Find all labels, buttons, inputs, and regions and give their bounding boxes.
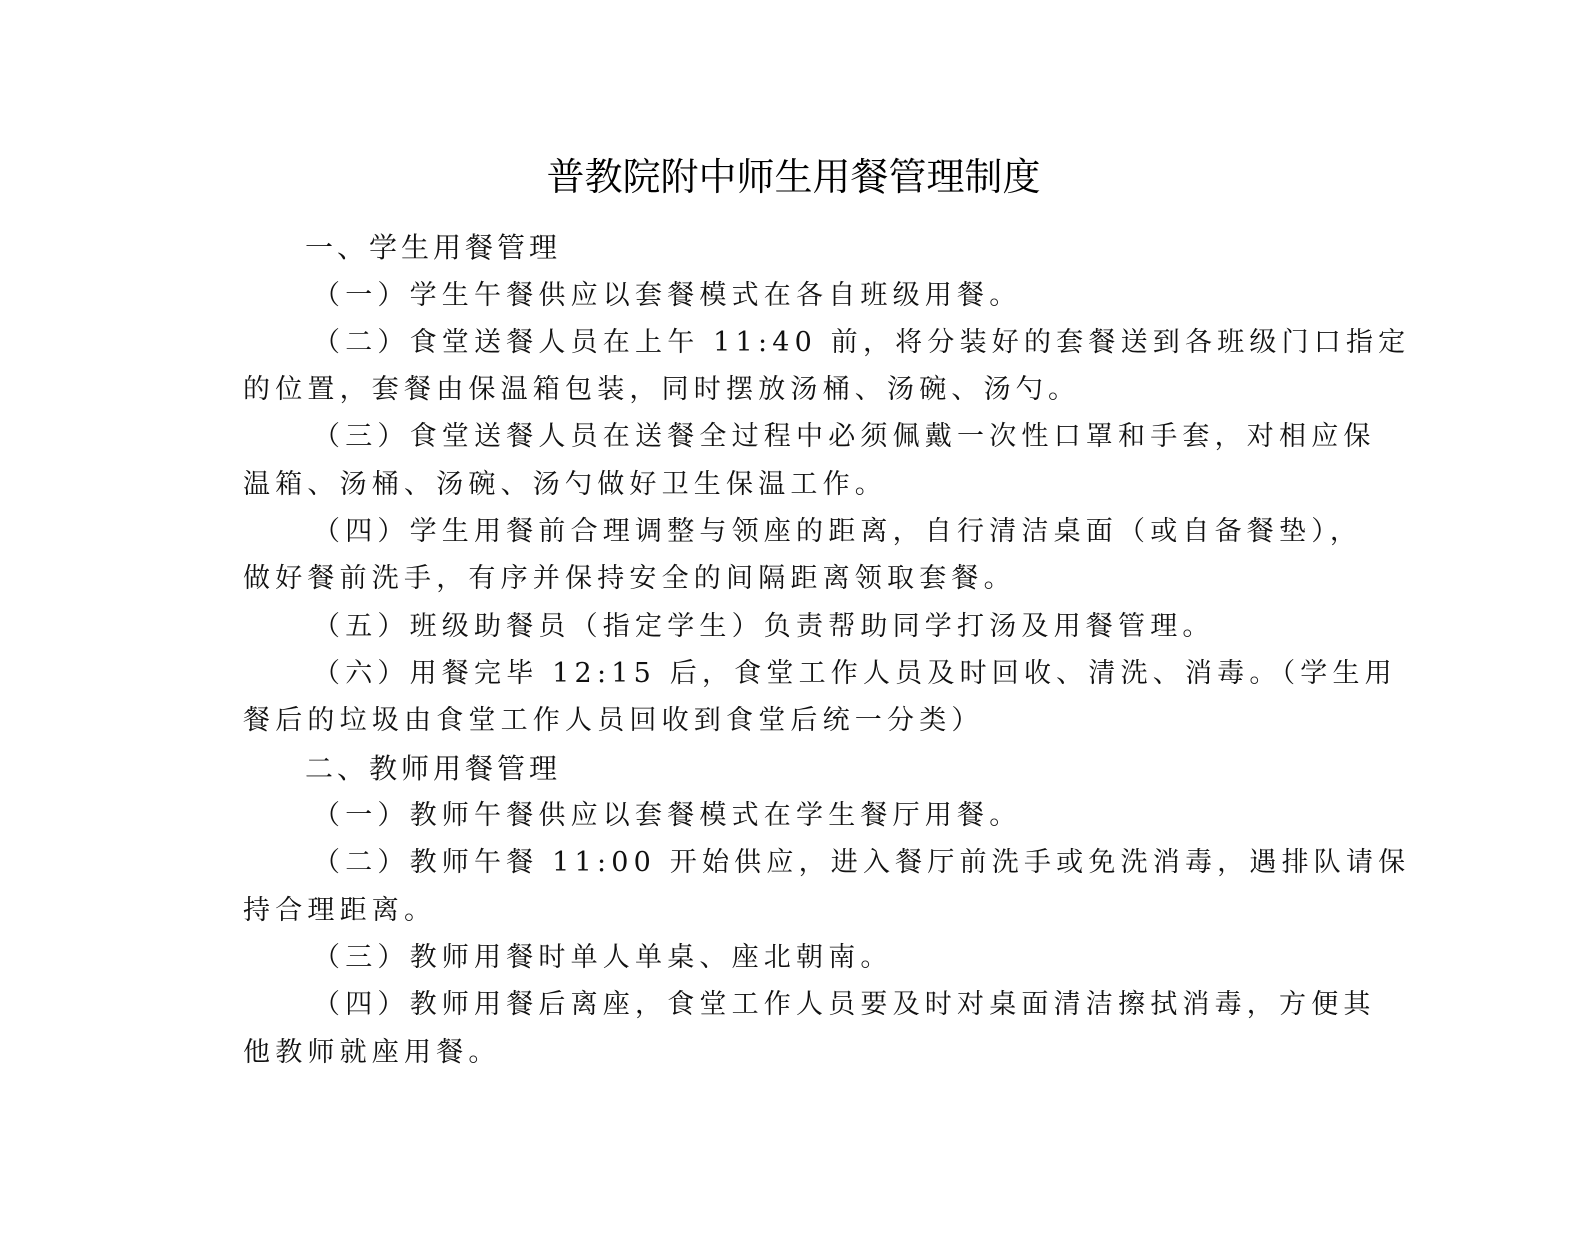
paragraph-line: 做好餐前洗手，有序并保持安全的间隔距离领取套餐。 [243, 559, 1016, 599]
paragraph-line: （二）食堂送餐人员在上午 11:40 前，将分装好的套餐送到各班级门口指定 [313, 323, 1410, 363]
paragraph-line: 温箱、汤桶、汤碗、汤勺做好卫生保温工作。 [243, 465, 887, 505]
paragraph-line: 持合理距离。 [243, 891, 436, 931]
paragraph-line: （四）教师用餐后离座，食堂工作人员要及时对桌面清洁擦拭消毒，方便其 [313, 985, 1376, 1025]
paragraph-line: （三）食堂送餐人员在送餐全过程中必须佩戴一次性口罩和手套，对相应保 [313, 417, 1376, 457]
document-page: 普教院附中师生用餐管理制度 一、学生用餐管理 （一）学生午餐供应以套餐模式在各自… [0, 0, 1587, 1242]
paragraph-line: 的位置，套餐由保温箱包装，同时摆放汤桶、汤碗、汤勺。 [243, 370, 1080, 410]
paragraph-line: 他教师就座用餐。 [243, 1033, 501, 1073]
paragraph-line: （六）用餐完毕 12:15 后，食堂工作人员及时回收、清洗、消毒。（学生用 [313, 654, 1397, 694]
section-heading-teacher: 二、教师用餐管理 [305, 749, 561, 789]
paragraph-line: 餐后的垃圾由食堂工作人员回收到食堂后统一分类） [243, 701, 984, 741]
paragraph-line: （五）班级助餐员（指定学生）负责帮助同学打汤及用餐管理。 [313, 607, 1215, 647]
paragraph-line: （三）教师用餐时单人单桌、座北朝南。 [313, 938, 893, 978]
paragraph-line: （二）教师午餐 11:00 开始供应，进入餐厅前洗手或免洗消毒，遇排队请保 [313, 843, 1410, 883]
paragraph-line: （一）教师午餐供应以套餐模式在学生餐厅用餐。 [313, 796, 1021, 836]
section-heading-student: 一、学生用餐管理 [305, 228, 561, 268]
paragraph-line: （四）学生用餐前合理调整与领座的距离，自行清洁桌面（或自备餐垫）， [313, 512, 1362, 552]
document-title: 普教院附中师生用餐管理制度 [0, 150, 1587, 204]
paragraph-line: （一）学生午餐供应以套餐模式在各自班级用餐。 [313, 276, 1021, 316]
